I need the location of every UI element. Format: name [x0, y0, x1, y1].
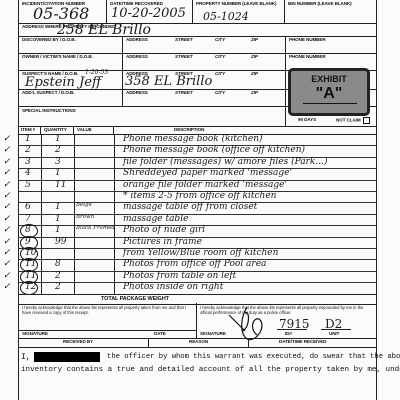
property-receipt-form: Incident/Citation Number 05-368 Date/Tim…: [18, 0, 377, 400]
item-description: Phone message book (office off kitchen): [123, 145, 305, 155]
item-description: file folder (messages) w/ amore files (P…: [123, 157, 327, 167]
not-claim-checkbox[interactable]: Not Claim: [336, 117, 370, 124]
checkmark-icon: ✓: [3, 191, 11, 201]
property-number-label: Property Number (Leave Blank): [196, 1, 276, 6]
item-quantity: 1: [55, 168, 61, 178]
address-label: Address: [126, 37, 148, 42]
address-impounded-row: Address Where Property Impounded 258 EL …: [19, 23, 376, 37]
redacted-name: [34, 352, 100, 362]
special-instructions-label: Special Instructions: [22, 108, 76, 113]
checkmark-icon: ✓: [3, 180, 11, 190]
item-number: 6: [25, 202, 31, 212]
ack-right-text: I hereby acknowledge that the above list…: [200, 305, 370, 315]
checkmark-icon: ✓: [3, 271, 11, 281]
checkmark-icon: ✓: [3, 282, 11, 292]
reason-label: Reason: [189, 339, 208, 344]
city-label: City: [215, 37, 225, 42]
item-number: 4: [25, 168, 31, 178]
checkmark-icon: ✓: [3, 225, 11, 235]
street-label: Street: [175, 37, 193, 42]
item-description: massage table off from closet: [123, 202, 257, 212]
exhibit-title: EXHIBIT: [291, 74, 367, 84]
signature-label: Signature: [22, 331, 48, 336]
item-description: from Yellow/Blue room off kitchen: [123, 248, 278, 258]
phone-label: Phone Number: [289, 54, 326, 59]
table-row: 122Photos inside on right✓: [19, 282, 376, 294]
item-quantity: 2: [55, 271, 61, 281]
affidavit-line-2: inventory contains a true and detailed a…: [21, 366, 400, 374]
item-quantity: 2: [55, 282, 61, 292]
bin-number-label: BIN Number (Leave Blank): [288, 1, 352, 6]
additional-suspect-label: Add'l Suspect / D.O.B.: [22, 90, 74, 95]
item-description: Pictures in frame: [123, 237, 202, 247]
street-label: Street: [175, 54, 193, 59]
officer-signature-label: Signature: [200, 331, 226, 336]
quantity-header: Quantity: [44, 127, 67, 132]
received-by-label: Received By: [63, 339, 93, 344]
affidavit-text: I, the officer by whom this warrant was …: [19, 348, 376, 400]
street-label: Street: [175, 90, 193, 95]
item-number: 3: [25, 157, 31, 167]
id-label: ID#: [285, 331, 292, 336]
city-label: City: [215, 90, 225, 95]
item-description: massage table: [123, 214, 188, 224]
item-quantity: 1: [55, 134, 61, 144]
item-quantity: 99: [55, 237, 66, 247]
item-header: Item #: [21, 127, 35, 132]
item-quantity: 11: [55, 180, 66, 190]
item-description: orange file folder marked 'message': [123, 180, 287, 190]
item-description: Shreddeyed paper marked 'message': [123, 168, 292, 178]
item-number: 1: [25, 134, 31, 144]
item-description: Photos inside on right: [123, 282, 223, 292]
item-quantity: 8: [55, 259, 61, 269]
item-quantity: 1: [55, 214, 61, 224]
address-label: Address: [126, 90, 148, 95]
zip-label: Zip: [251, 54, 258, 59]
date-label: Date: [154, 331, 166, 336]
checkmark-icon: ✓: [3, 157, 11, 167]
suspect-name-value: Epstein Jeff: [25, 75, 101, 90]
affidavit-line-1: the officer by whom this warrant was exe…: [107, 353, 400, 361]
description-header: Description: [174, 127, 204, 132]
suspect-address-value: 358 EL Brillo: [125, 74, 212, 89]
affidavit-i: I,: [21, 353, 31, 362]
unit-label: Unit: [329, 331, 339, 336]
item-number: 2: [25, 145, 31, 155]
city-label: City: [215, 71, 225, 76]
checkmark-icon: ✓: [3, 145, 11, 155]
property-number-value: 05-1024: [203, 10, 249, 23]
checkmark-icon: ✓: [3, 259, 11, 269]
received-by-row: Received By Reason Date/Time Received: [19, 338, 376, 348]
acknowledgement-row: I hereby acknowledge that the above list…: [19, 303, 376, 339]
date-time-received-label: Date/Time Received: [279, 339, 326, 344]
item-value: Brown: [76, 214, 94, 220]
checkmark-icon: ✓: [3, 202, 11, 212]
discovered-by-label: Discovered By / D.O.B.: [22, 37, 76, 42]
phone-label: Phone Number: [289, 37, 326, 42]
item-number: 5: [25, 180, 31, 190]
checkmark-icon: ✓: [3, 168, 11, 178]
checkmark-icon: ✓: [3, 248, 11, 258]
zip-label: Zip: [251, 90, 258, 95]
exhibit-sticker: EXHIBIT "A": [288, 68, 370, 116]
item-description: Photo of nude girl: [123, 225, 205, 235]
exhibit-letter: "A": [291, 85, 367, 103]
ack-left-text: I hereby acknowledge that the above list…: [22, 305, 187, 315]
item-description: Phone message book (kitchen): [123, 134, 263, 144]
zip-label: Zip: [251, 37, 258, 42]
value-header: Value: [77, 127, 92, 132]
discovered-by-row: Discovered By / D.O.B. Address Street Ci…: [19, 36, 376, 54]
checkmark-icon: ✓: [3, 134, 11, 144]
item-description: * items 2-5 from office off kitchen: [123, 191, 276, 201]
checkmark-icon: ✓: [3, 237, 11, 247]
item-value: Beige: [76, 202, 92, 208]
item-quantity: 1: [55, 225, 61, 235]
item-value: Black Framed: [76, 225, 115, 231]
total-weight-label: Total Package Weight: [101, 296, 169, 302]
header-row: Incident/Citation Number 05-368 Date/Tim…: [19, 0, 376, 24]
address-label: Address: [126, 54, 148, 59]
item-description: Photos from table on left: [123, 271, 236, 281]
incident-value: 05-368: [33, 4, 89, 23]
items-table: 11Phone message book (kitchen)✓22Phone m…: [19, 134, 376, 294]
item-number: 7: [25, 214, 31, 224]
item-quantity: 2: [55, 145, 61, 155]
city-label: City: [215, 54, 225, 59]
ninety-days-label: 90 Days: [298, 117, 316, 122]
checkmark-icon: ✓: [3, 214, 11, 224]
date-recovered-value: 10-20-2005: [111, 6, 186, 21]
owner-label: Owner / Victim's Name / D.O.B.: [22, 54, 93, 59]
item-quantity: 3: [55, 157, 61, 167]
item-description: Photos from office off Pool area: [123, 259, 266, 269]
zip-label: Zip: [251, 71, 258, 76]
item-quantity: 1: [55, 202, 61, 212]
